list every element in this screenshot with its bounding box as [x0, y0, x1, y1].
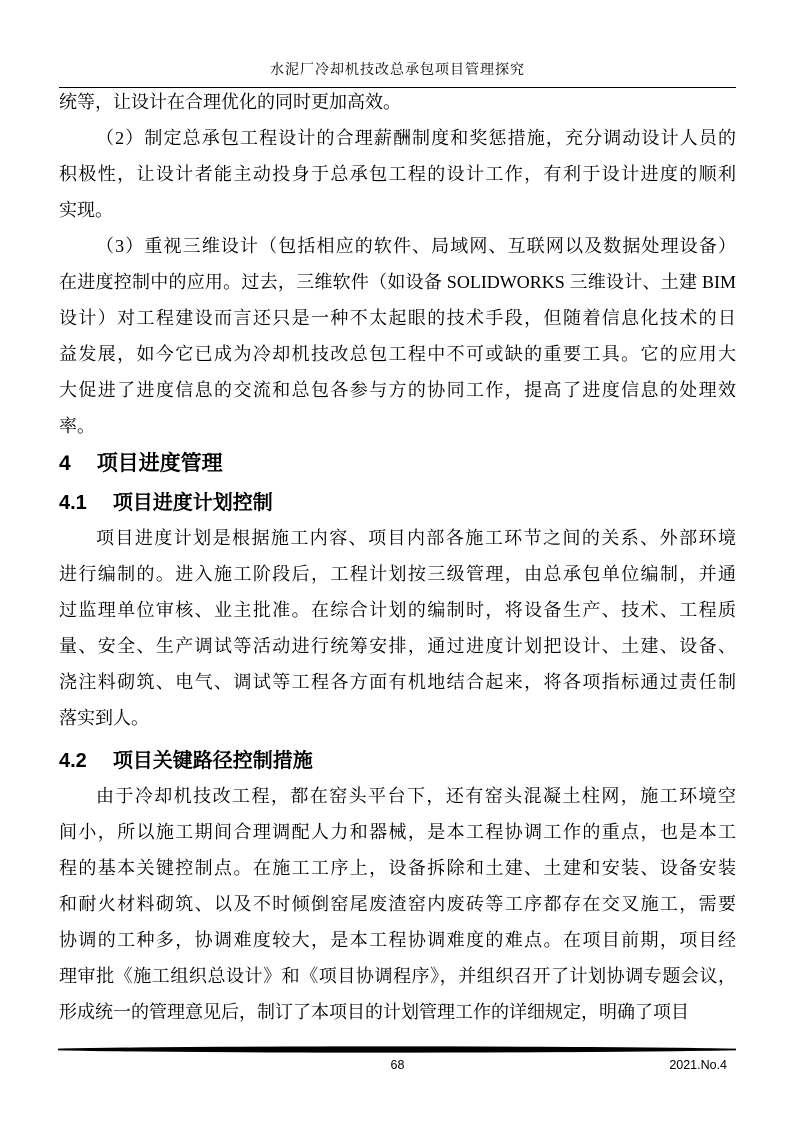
- text-line: （2）制定总承包工程设计的合理薪酬制度和奖惩措施，充分调动设计人员的: [59, 120, 736, 156]
- page-number: 68: [59, 1057, 736, 1073]
- paragraph: （2）制定总承包工程设计的合理薪酬制度和奖惩措施，充分调动设计人员的积极性，让设…: [59, 120, 736, 228]
- text-line: 过监理单位审核、业主批准。在综合计划的编制时，将设备生产、技术、工程质: [59, 592, 736, 628]
- text-line: 大促进了进度信息的交流和总包各参与方的协同工作，提高了进度信息的处理效: [59, 372, 736, 408]
- text-line: 益发展，如今它已成为冷却机技改总包工程中不可或缺的重要工具。它的应用大: [59, 336, 736, 372]
- running-head-title: 水泥厂冷却机技改总承包项目管理探究: [59, 61, 736, 81]
- text-line: 统等，让设计在合理优化的同时更加高效。: [59, 84, 736, 120]
- text-line: 实现。: [59, 192, 736, 228]
- text-line: 由于冷却机技改工程，都在窑头平台下，还有窑头混凝土柱网，施工环境空: [59, 778, 736, 814]
- section-number: 4.2: [59, 750, 87, 772]
- document-page: 水泥厂冷却机技改总承包项目管理探究 统等，让设计在合理优化的同时更加高效。（2）…: [0, 0, 793, 1122]
- section-title: 项目进度管理: [97, 452, 223, 475]
- text-line: 浇注料砌筑、电气、调试等工程各方面有机地结合起来，将各项指标通过责任制: [59, 664, 736, 700]
- section-heading: 4项目进度管理: [59, 450, 736, 478]
- issue-label: 2021.No.4: [669, 1057, 727, 1073]
- text-line: 和耐火材料砌筑、以及不时倾倒窑尾废渣窑内废砖等工序都存在交叉施工，需要: [59, 886, 736, 922]
- text-line: 间小，所以施工期间合理调配人力和器械，是本工程协调工作的重点，也是本工: [59, 814, 736, 850]
- text-line: 落实到人。: [59, 700, 736, 736]
- text-line: 协调的工种多，协调难度较大，是本工程协调难度的难点。在项目前期，项目经: [59, 922, 736, 958]
- text-line: 理审批《施工组织总设计》和《项目协调程序》，并组织召开了计划协调专题会议，: [59, 958, 736, 994]
- text-line: 形成统一的管理意见后，制订了本项目的计划管理工作的详细规定，明确了项目: [59, 994, 736, 1030]
- text-line: 量、安全、生产调试等活动进行统筹安排，通过进度计划把设计、土建、设备、: [59, 628, 736, 664]
- footer-bar-shape: [58, 1045, 736, 1054]
- section-number: 4: [59, 452, 71, 475]
- paragraph: （3）重视三维设计（包括相应的软件、局域网、互联网以及数据处理设备）在进度控制中…: [59, 228, 736, 444]
- text-line: （3）重视三维设计（包括相应的软件、局域网、互联网以及数据处理设备）: [59, 228, 736, 264]
- text-line: 在进度控制中的应用。过去，三维软件（如设备 SOLIDWORKS 三维设计、土建…: [59, 264, 736, 300]
- paragraph: 由于冷却机技改工程，都在窑头平台下，还有窑头混凝土柱网，施工环境空间小，所以施工…: [59, 778, 736, 1030]
- text-line: 率。: [59, 408, 736, 444]
- section-title: 项目进度计划控制: [113, 492, 273, 514]
- section-number: 4.1: [59, 492, 87, 514]
- section-title: 项目关键路径控制措施: [113, 750, 313, 772]
- footer-bar: [58, 1045, 736, 1054]
- paragraph: 项目进度计划是根据施工内容、项目内部各施工环节之间的关系、外部环境进行编制的。进…: [59, 520, 736, 736]
- text-line: 积极性，让设计者能主动投身于总承包工程的设计工作，有利于设计进度的顺利: [59, 156, 736, 192]
- text-line: 项目进度计划是根据施工内容、项目内部各施工环节之间的关系、外部环境: [59, 520, 736, 556]
- text-line: 程的基本关键控制点。在施工工序上，设备拆除和土建、土建和安装、设备安装: [59, 850, 736, 886]
- section-heading: 4.1项目进度计划控制: [59, 490, 736, 516]
- content: 统等，让设计在合理优化的同时更加高效。（2）制定总承包工程设计的合理薪酬制度和奖…: [59, 84, 736, 1030]
- text-line: 设计）对工程建设而言还只是一种不太起眼的技术手段，但随着信息化技术的日: [59, 300, 736, 336]
- section-heading: 4.2项目关键路径控制措施: [59, 748, 736, 774]
- paragraph: 统等，让设计在合理优化的同时更加高效。: [59, 84, 736, 120]
- text-line: 进行编制的。进入施工阶段后，工程计划按三级管理，由总承包单位编制，并通: [59, 556, 736, 592]
